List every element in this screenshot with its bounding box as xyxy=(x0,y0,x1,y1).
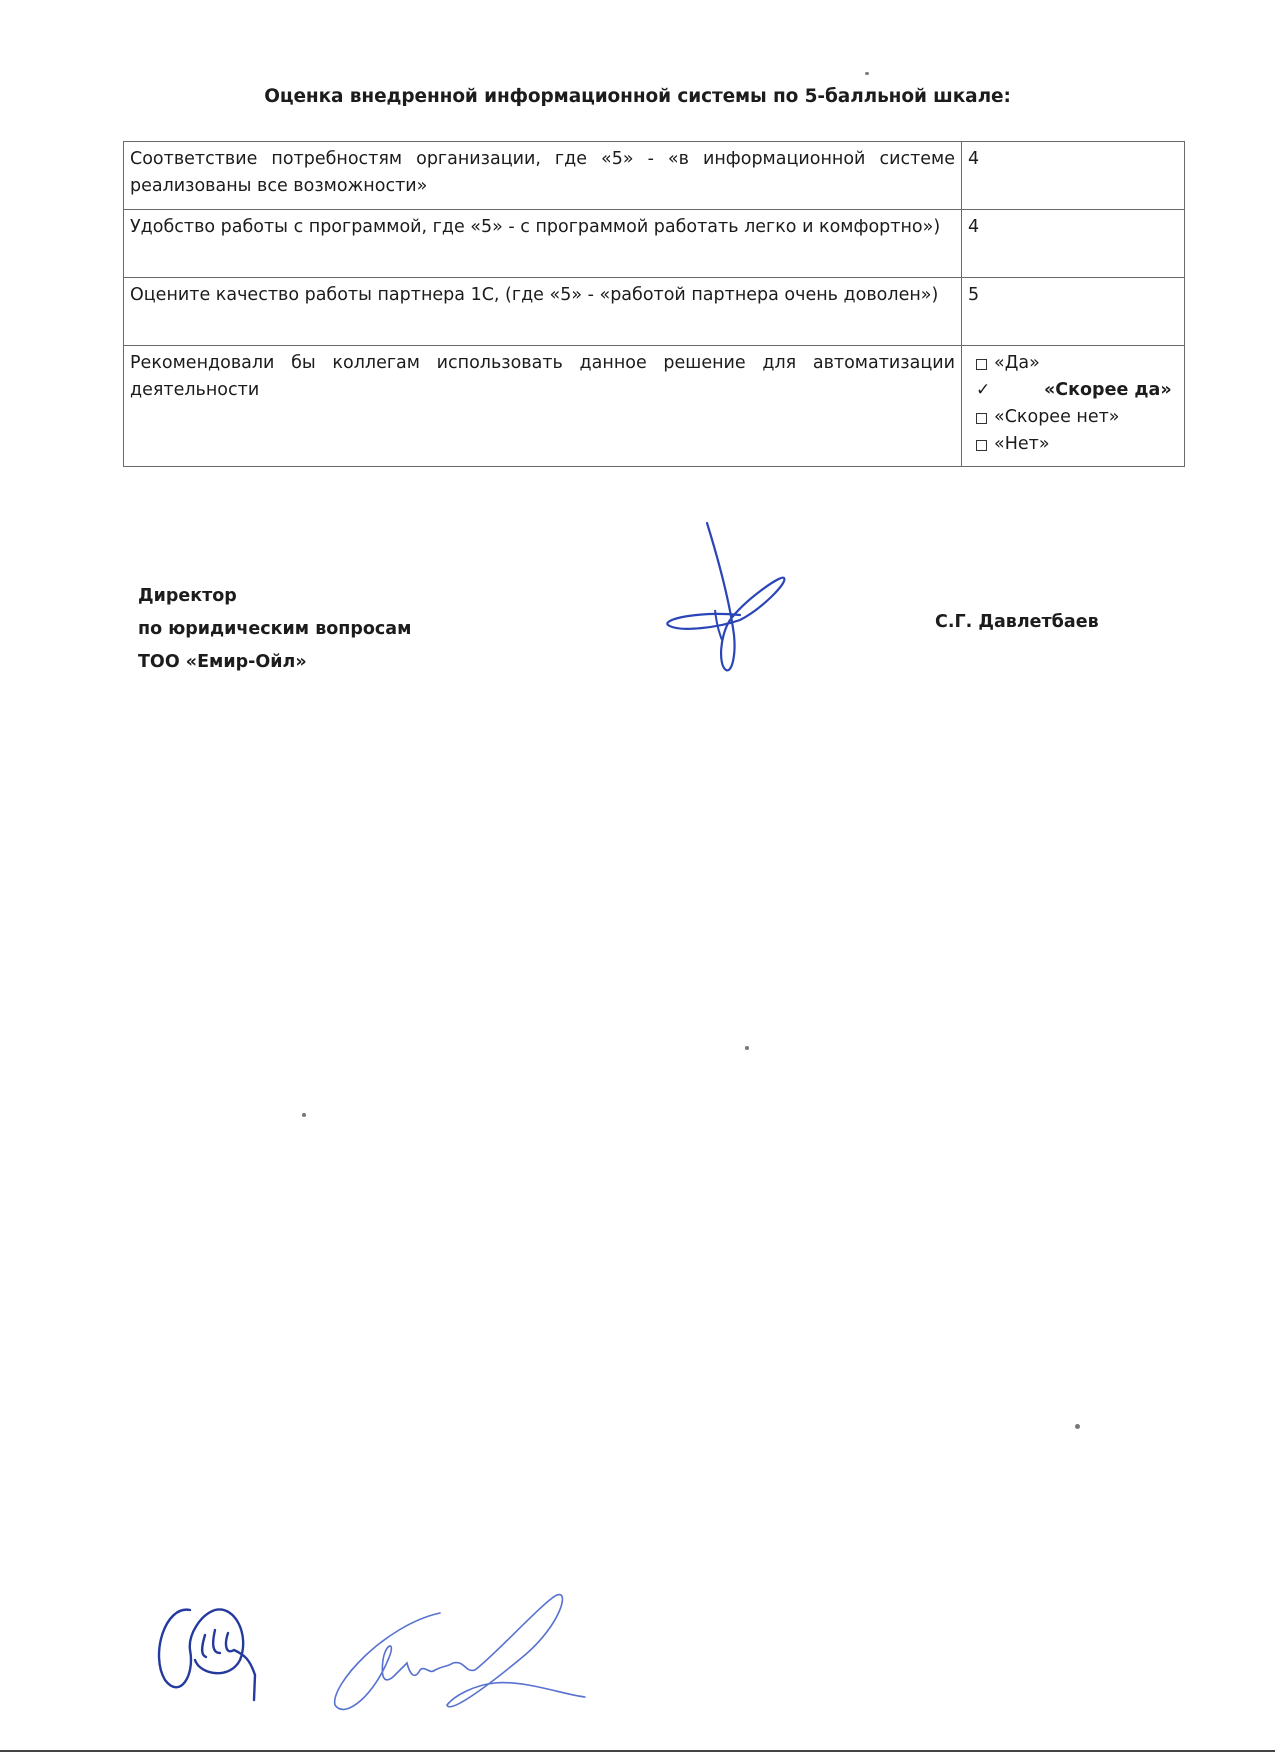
scan-speck xyxy=(302,1113,306,1117)
option-label: «Скорее да» xyxy=(1044,377,1172,404)
option-rather-no: «Скорее нет» xyxy=(968,404,1178,431)
option-label: «Нет» xyxy=(994,431,1050,458)
score-cell: 4 xyxy=(962,210,1185,278)
question-cell: Соответствие потребностям организации, г… xyxy=(124,142,962,210)
score-cell: 4 xyxy=(962,142,1185,210)
signatory-organization: ТОО «Емир-Ойл» xyxy=(138,646,411,679)
options-cell: «Да» ✓ «Скорее да» «Скорее нет» «Нет» xyxy=(962,346,1185,467)
option-no: «Нет» xyxy=(968,431,1178,458)
signatory-position: Директор xyxy=(138,580,411,613)
checkbox-empty-icon xyxy=(976,440,987,451)
scan-speck xyxy=(745,1046,749,1050)
table-row: Удобство работы с программой, где «5» - … xyxy=(124,210,1185,278)
table-row: Соответствие потребностям организации, г… xyxy=(124,142,1185,210)
page-title: Оценка внедренной информационной системы… xyxy=(0,86,1275,107)
option-yes: «Да» xyxy=(968,350,1178,377)
initials-signature-icon xyxy=(150,1595,280,1705)
table-row: Рекомендовали бы коллегам использовать д… xyxy=(124,346,1185,467)
option-label: «Да» xyxy=(994,350,1040,377)
scan-speck xyxy=(865,72,869,75)
score-cell: 5 xyxy=(962,278,1185,346)
scan-edge-line xyxy=(0,1750,1275,1752)
signatory-block: Директор по юридическим вопросам ТОО «Ем… xyxy=(138,580,411,679)
checkmark-icon: ✓ xyxy=(976,377,992,404)
witness-signature-icon xyxy=(325,1585,605,1720)
signatory-department: по юридическим вопросам xyxy=(138,613,411,646)
director-signature-icon xyxy=(660,515,800,675)
scan-speck xyxy=(1075,1424,1080,1429)
question-cell: Оцените качество работы партнера 1С, (гд… xyxy=(124,278,962,346)
evaluation-table: Соответствие потребностям организации, г… xyxy=(123,141,1185,467)
checkbox-empty-icon xyxy=(976,413,987,424)
question-cell: Удобство работы с программой, где «5» - … xyxy=(124,210,962,278)
checkbox-empty-icon xyxy=(976,359,987,370)
option-rather-yes: ✓ «Скорее да» xyxy=(968,377,1178,404)
table-row: Оцените качество работы партнера 1С, (гд… xyxy=(124,278,1185,346)
question-cell: Рекомендовали бы коллегам использовать д… xyxy=(124,346,962,467)
signatory-name: С.Г. Давлетбаев xyxy=(935,612,1099,632)
option-label: «Скорее нет» xyxy=(994,404,1120,431)
